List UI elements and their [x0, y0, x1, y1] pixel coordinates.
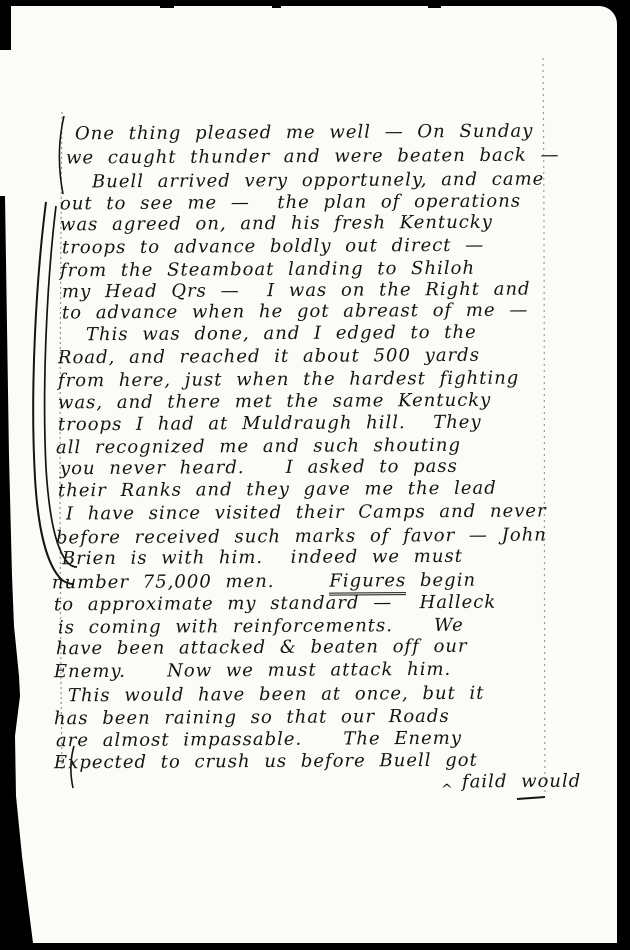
handwriting-line: troops to advance boldly out direct —: [62, 237, 484, 258]
insertion-caret: ^: [441, 782, 453, 798]
scan-speck: [160, 5, 174, 8]
handwriting-line: This would have been at once, but it: [68, 685, 485, 706]
handwriting-line: faild would: [462, 773, 581, 792]
handwriting-line: Buell arrived very opportunely, and came: [92, 171, 544, 192]
handwriting-line: has been raining so that our Roads: [54, 708, 450, 728]
handwriting-line: Expected to crush us before Buell got: [54, 752, 478, 773]
scan-edge-top: [0, 0, 630, 6]
handwriting-line: I have since visited their Camps and nev…: [66, 503, 547, 524]
handwriting-line: you never heard. I asked to pass: [60, 458, 458, 478]
handwriting-line: from here, just when the hardest fightin…: [58, 370, 519, 391]
handwriting-text: One thing pleased me well — On Sundaywe …: [0, 0, 630, 950]
handwriting-line: is coming with reinforcements. We: [58, 617, 464, 637]
scan-edge-top-left-notch: [0, 0, 11, 50]
scan-speck: [428, 5, 441, 8]
scan-speck: [272, 5, 281, 8]
handwriting-line: Road, and reached it about 500 yards: [58, 347, 480, 368]
handwriting-line: are almost impassable. The Enemy: [56, 730, 462, 750]
handwriting-line: their Ranks and they gave me the lead: [58, 480, 497, 501]
handwriting-line: was agreed on, and his fresh Kentucky: [60, 214, 493, 235]
handwriting-line: we caught thunder and were beaten back —: [66, 146, 560, 167]
line-segment: begin: [406, 570, 476, 591]
handwriting-line: from the Steamboat landing to Shiloh: [60, 260, 475, 281]
handwriting-line: One thing pleased me well — On Sunday: [75, 123, 534, 144]
handwriting-line: my Head Qrs — I was on the Right and: [62, 281, 531, 302]
scan-edge-bottom: [0, 943, 630, 950]
handwriting-line: all recognized me and such shouting: [56, 437, 461, 457]
scan-edge-right: [617, 0, 630, 950]
handwriting-line: number 75,000 men. Figures begin: [52, 572, 476, 593]
handwriting-line: to approximate my standard — Halleck: [54, 594, 496, 615]
handwriting-line: Enemy. Now we must attack him.: [54, 661, 451, 681]
handwriting-line: was, and there met the same Kentucky: [58, 392, 491, 413]
handwriting-line: Brien is with him. indeed we must: [62, 548, 463, 568]
handwriting-line: This was done, and I edged to the: [86, 324, 477, 344]
handwriting-line: have been attacked & beaten off our: [56, 638, 468, 659]
scanned-letter-page: One thing pleased me well — On Sundaywe …: [0, 0, 630, 950]
handwriting-line: before received such marks of favor — Jo…: [56, 527, 547, 548]
handwriting-line: to advance when he got abreast of me —: [62, 302, 528, 323]
line-segment: number 75,000 men.: [52, 571, 330, 594]
handwriting-line: troops I had at Muldraugh hill. They: [58, 414, 482, 435]
handwriting-line: out to see me — the plan of operations: [60, 193, 521, 214]
